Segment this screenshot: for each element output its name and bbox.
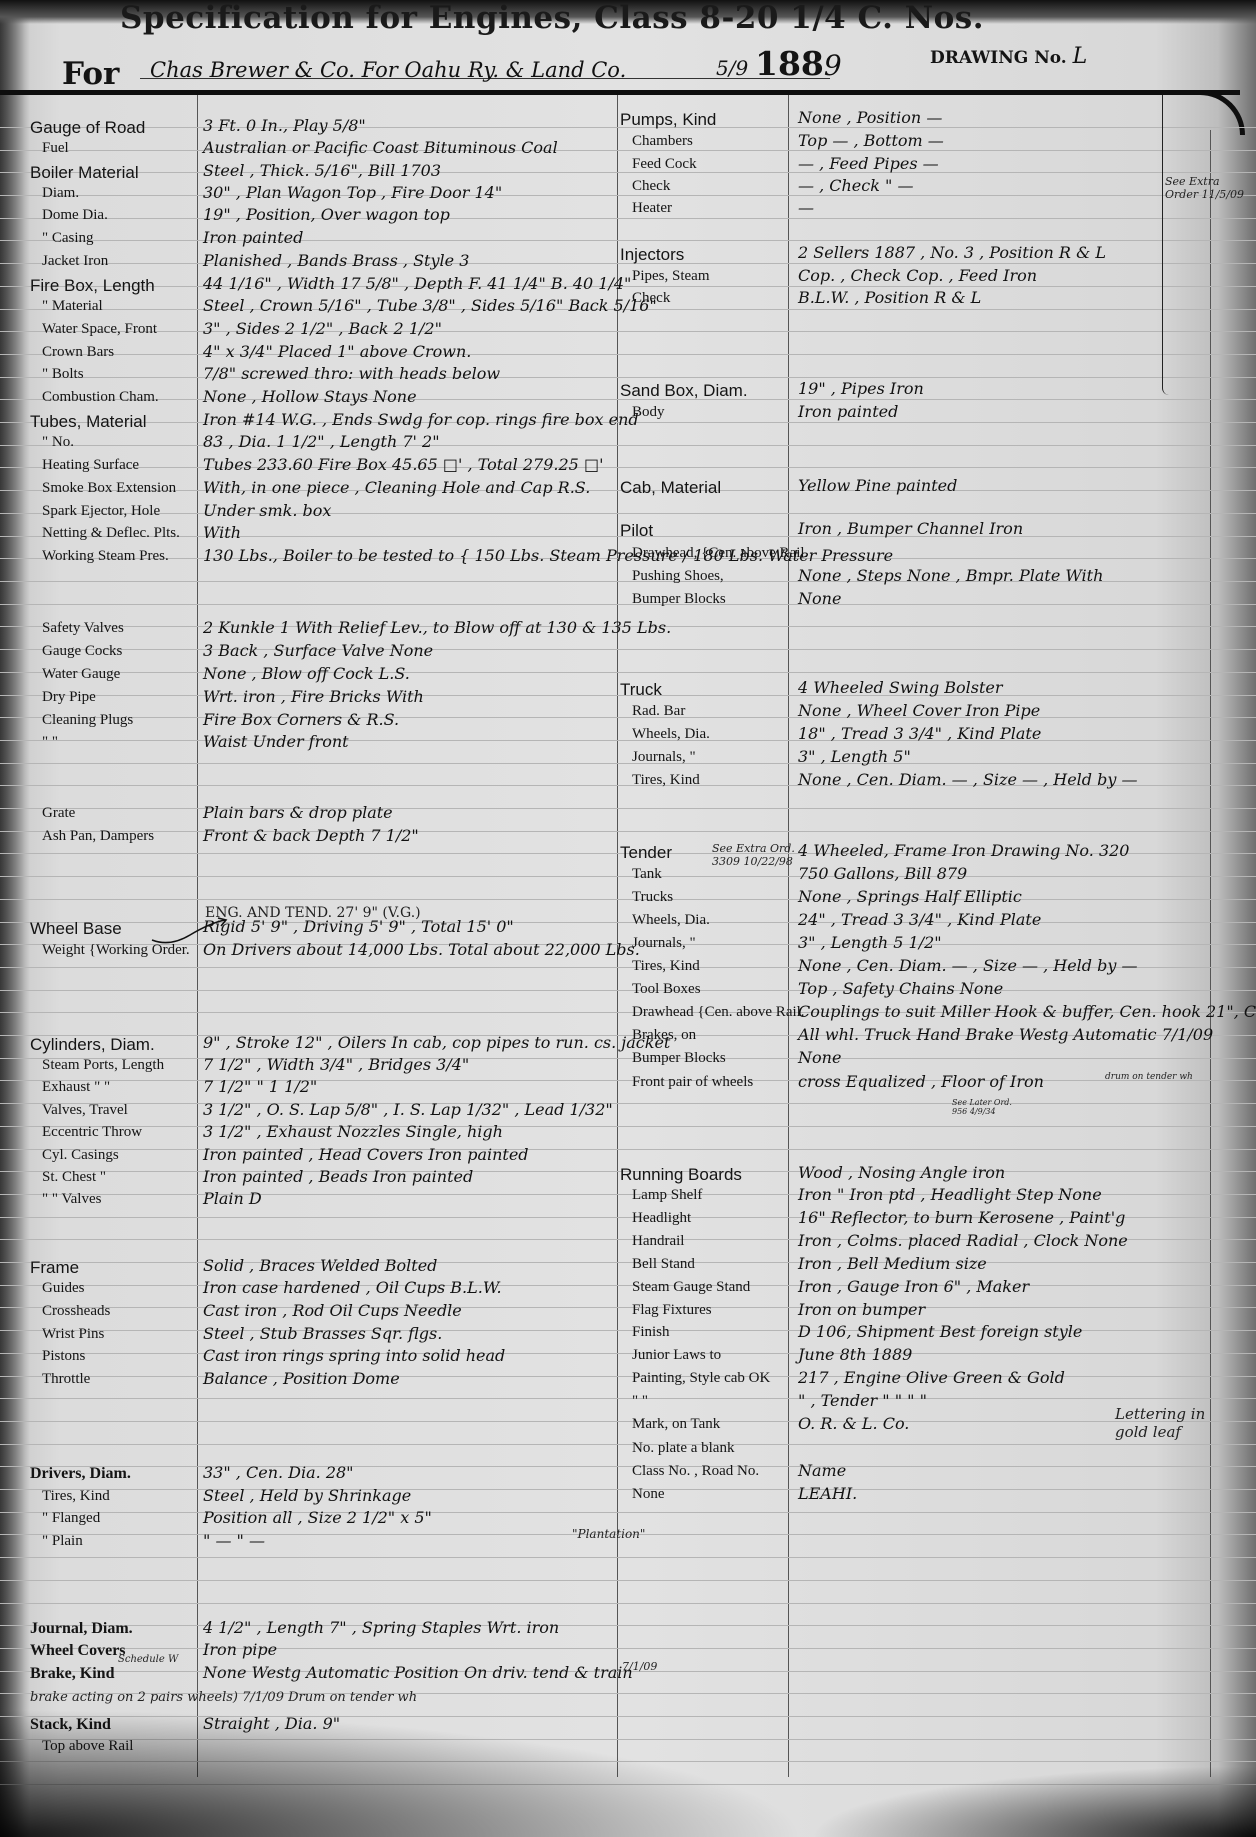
for-label: For xyxy=(62,56,119,92)
spec-label: Boiler Material xyxy=(30,163,139,183)
ruled-line xyxy=(0,1444,1256,1445)
spec-label-right: Sand Box, Diam. xyxy=(620,381,748,401)
ruled-line xyxy=(0,1149,1256,1150)
ruled-line xyxy=(0,1307,1256,1308)
spec-value: 3 Back , Surface Valve None xyxy=(203,641,433,660)
spec-label: Steam Ports, Length xyxy=(42,1057,164,1074)
spec-value: On Drivers about 14,000 Lbs. Total about… xyxy=(203,940,640,959)
spec-label-right: Drawhead {Cen. above Rail. xyxy=(632,1004,805,1021)
ruled-line xyxy=(0,513,1256,514)
spec-value: Australian or Pacific Coast Bituminous C… xyxy=(203,138,558,157)
spec-label: Safety Valves xyxy=(42,620,124,637)
drawing-number: DRAWING No. L xyxy=(930,44,1087,69)
spec-label: Smoke Box Extension xyxy=(42,480,176,497)
spec-value-right: Wood , Nosing Angle iron xyxy=(798,1163,1005,1182)
spec-label: Gauge Cocks xyxy=(42,643,122,660)
spec-label: " " xyxy=(42,734,58,751)
spec-label-right: Bumper Blocks xyxy=(632,1050,726,1067)
spec-value: 9" , Stroke 12" , Oilers In cab, cop pip… xyxy=(203,1033,670,1052)
spec-value-right: — , Check " — xyxy=(798,176,913,195)
spec-label: " " Valves xyxy=(42,1191,101,1208)
ruled-line xyxy=(0,672,1256,673)
spec-label-right: Check xyxy=(632,290,670,307)
ruled-line xyxy=(0,740,1256,741)
divider xyxy=(788,95,789,1777)
spec-label: Guides xyxy=(42,1280,85,1297)
spec-value-right: — , Feed Pipes — xyxy=(798,154,939,173)
year-printed: 188 xyxy=(755,44,824,83)
spec-label-right: Pipes, Steam xyxy=(632,268,710,285)
spec-value-right: D 106, Shipment Best foreign style xyxy=(798,1322,1082,1341)
spec-value: With, in one piece , Cleaning Hole and C… xyxy=(203,478,590,497)
spec-label: Dry Pipe xyxy=(42,689,96,706)
spec-label-right: Trucks xyxy=(632,889,673,906)
spec-label-right: Cab, Material xyxy=(620,478,721,498)
ruled-line xyxy=(0,808,1256,809)
lettering-note: Lettering in gold leaf xyxy=(1115,1405,1225,1441)
spec-value-right: 3" , Length 5 1/2" xyxy=(798,933,942,952)
spec-label-right: Wheels, Dia. xyxy=(632,912,710,929)
ruled-line xyxy=(0,1625,1256,1626)
spec-value-right: Iron , Bumper Channel Iron xyxy=(798,519,1023,538)
spec-label-right: Journals, " xyxy=(632,935,696,952)
spec-label: Throttle xyxy=(42,1371,90,1388)
spec-value-right: None xyxy=(798,589,841,608)
ruled-line xyxy=(0,1512,1256,1513)
spec-value: 3 1/2" , O. S. Lap 5/8" , I. S. Lap 1/32… xyxy=(203,1100,613,1119)
spec-label-right: Injectors xyxy=(620,245,684,265)
spec-value-right: None , Wheel Cover Iron Pipe xyxy=(798,701,1040,720)
spec-label-right: Check xyxy=(632,178,670,195)
wheelbase-note: ENG. AND TEND. 27' 9" (V.G.) xyxy=(205,905,421,921)
specification-sheet: Specification for Engines, Class 8-20 1/… xyxy=(0,0,1256,1837)
ruled-line xyxy=(0,604,1256,605)
drawing-value: L xyxy=(1073,44,1088,69)
spec-value: Wrt. iron , Fire Bricks With xyxy=(203,687,424,706)
ruled-line xyxy=(0,354,1256,355)
divider xyxy=(617,95,618,1777)
spec-label-right: Tool Boxes xyxy=(632,981,701,998)
spec-label-right: Journals, " xyxy=(632,749,696,766)
bottom-vignette xyxy=(0,1637,1256,1837)
spec-value-right: Iron , Gauge Iron 6" , Maker xyxy=(798,1277,1029,1296)
spec-value-right: Top , Safety Chains None xyxy=(798,979,1003,998)
spec-value: 7 1/2" , Width 3/4" , Bridges 3/4" xyxy=(203,1055,469,1074)
ruled-line xyxy=(0,1058,1256,1059)
order-date: 5/9 xyxy=(716,56,748,80)
spec-label: Eccentric Throw xyxy=(42,1124,142,1141)
spec-label-right: Rad. Bar xyxy=(632,703,685,720)
spec-value: 7 1/2" " 1 1/2" xyxy=(203,1077,317,1096)
ruled-line xyxy=(0,1080,1256,1081)
ruled-line xyxy=(0,218,1256,219)
spec-label: Working Steam Pres. xyxy=(42,548,169,565)
spec-value: " — " — xyxy=(203,1531,265,1550)
spec-label: Grate xyxy=(42,805,75,822)
spec-value: 7/8" screwed thro: with heads below xyxy=(203,364,500,383)
spec-value: 33" , Cen. Dia. 28" xyxy=(203,1463,354,1482)
ruled-line xyxy=(0,1580,1256,1581)
spec-value-right: O. R. & L. Co. xyxy=(798,1414,909,1433)
spec-value: None , Hollow Stays None xyxy=(203,387,417,406)
spec-value: Iron painted , Beads Iron painted xyxy=(203,1167,473,1186)
spec-label: Exhaust " " xyxy=(42,1079,110,1096)
spec-value: 44 1/16" , Width 17 5/8" , Depth F. 41 1… xyxy=(203,274,631,293)
spec-label-right: Tender xyxy=(620,843,672,863)
spec-label-right: Flag Fixtures xyxy=(632,1302,712,1319)
spec-value-right: Iron , Bell Medium size xyxy=(798,1254,987,1273)
ruled-line xyxy=(0,1489,1256,1490)
spec-label-right: Running Boards xyxy=(620,1165,742,1185)
spec-value: None , Blow off Cock L.S. xyxy=(203,664,410,683)
spec-label-right: Pushing Shoes, xyxy=(632,568,724,585)
spec-value-right: Iron painted xyxy=(798,402,898,421)
spec-label-right: Tank xyxy=(632,866,662,883)
spec-label-right: Brakes, on xyxy=(632,1027,696,1044)
spec-value-right: LEAHI. xyxy=(798,1484,857,1503)
spec-value: With xyxy=(203,523,241,542)
ruled-line xyxy=(0,876,1256,877)
spec-value-right: All whl. Truck Hand Brake Westg Automati… xyxy=(798,1025,1213,1044)
spec-value: Steel , Crown 5/16" , Tube 3/8" , Sides … xyxy=(203,296,657,315)
spec-label-right: Bell Stand xyxy=(632,1256,695,1273)
spec-label: Frame xyxy=(30,1258,79,1278)
ruled-line xyxy=(0,377,1256,378)
spec-label-right: Junior Laws to xyxy=(632,1347,721,1364)
ruled-line xyxy=(0,1353,1256,1354)
spec-label: Heating Surface xyxy=(42,457,139,474)
spec-value: Iron case hardened , Oil Cups B.L.W. xyxy=(203,1278,502,1297)
year: 1889 xyxy=(755,44,842,83)
ruled-line xyxy=(0,150,1256,151)
document-title: Specification for Engines, Class 8-20 1/… xyxy=(120,0,984,36)
spec-label: Journal, Diam. xyxy=(30,1620,133,1638)
spec-value-right: — xyxy=(798,198,814,217)
spec-value-right: 18" , Tread 3 3/4" , Kind Plate xyxy=(798,724,1041,743)
ruled-line xyxy=(0,1603,1256,1604)
ruled-line xyxy=(0,195,1256,196)
ruled-line xyxy=(0,240,1256,241)
spec-value: Iron painted , Head Covers Iron painted xyxy=(203,1145,529,1164)
spec-value: 3 Ft. 0 In., Play 5/8" xyxy=(203,116,366,135)
spec-label: Diam. xyxy=(42,185,79,202)
spec-value-right: Cop. , Check Cop. , Feed Iron xyxy=(798,266,1037,285)
ruled-line xyxy=(0,172,1256,173)
spec-value: Planished , Bands Brass , Style 3 xyxy=(203,251,469,270)
ruled-line xyxy=(0,1466,1256,1467)
spec-label: Jacket Iron xyxy=(42,253,108,270)
ruled-line xyxy=(0,990,1256,991)
spec-value: 3" , Sides 2 1/2" , Back 2 1/2" xyxy=(203,319,442,338)
spec-value: 19" , Position, Over wagon top xyxy=(203,205,450,224)
spec-value-right: 4 Wheeled Swing Bolster xyxy=(798,678,1003,697)
spec-value-right: None , Cen. Diam. — , Size — , Held by — xyxy=(798,770,1138,789)
ruled-line xyxy=(0,1376,1256,1377)
spec-value: 83 , Dia. 1 1/2" , Length 7' 2" xyxy=(203,432,440,451)
spec-value: Steel , Thick. 5/16", Bill 1703 xyxy=(203,161,441,180)
spec-value-right: Top — , Bottom — xyxy=(798,131,944,150)
spec-label: Combustion Cham. xyxy=(42,389,159,406)
spec-value-right: 217 , Engine Olive Green & Gold xyxy=(798,1368,1065,1387)
ruled-line xyxy=(0,831,1256,832)
page-shadow xyxy=(0,0,30,1837)
spec-value: Steel , Stub Brasses Sqr. flgs. xyxy=(203,1324,442,1343)
spec-label-right: Heater xyxy=(632,200,672,217)
spec-value-right: " , Tender " " " " xyxy=(798,1391,927,1410)
spec-label-right: Body xyxy=(632,404,665,421)
spec-value-right: None , Steps None , Bmpr. Plate With xyxy=(798,566,1103,585)
spec-value: Waist Under front xyxy=(203,732,349,751)
spec-value-right: 4 Wheeled, Frame Iron Drawing No. 320 xyxy=(798,841,1129,860)
spec-label: " Plain xyxy=(42,1533,83,1550)
spec-label-right: No. plate a blank xyxy=(632,1440,734,1457)
spec-label: Pistons xyxy=(42,1348,85,1365)
ruled-line xyxy=(0,717,1256,718)
spec-value: Cast iron , Rod Oil Cups Needle xyxy=(203,1301,462,1320)
spec-value-right: 2 Sellers 1887 , No. 3 , Position R & L xyxy=(798,243,1106,262)
spec-label-right: " " xyxy=(632,1393,648,1410)
brakes-drum-note: drum on tender wh xyxy=(1105,1072,1193,1082)
spec-value: 3 1/2" , Exhaust Nozzles Single, high xyxy=(203,1122,503,1141)
spec-value: 4" x 3/4" Placed 1" above Crown. xyxy=(203,342,471,361)
spec-value-right: Yellow Pine painted xyxy=(798,476,957,495)
spec-label-right: Bumper Blocks xyxy=(632,591,726,608)
spec-label: " Bolts xyxy=(42,366,84,383)
spec-value: Plain D xyxy=(203,1189,262,1208)
spec-label: Tubes, Material xyxy=(30,412,147,432)
ruled-line xyxy=(0,899,1256,900)
brace xyxy=(1162,95,1169,395)
spec-value: Plain bars & drop plate xyxy=(203,803,393,822)
spec-label: Water Space, Front xyxy=(42,321,157,338)
spec-label-right: Headlight xyxy=(632,1210,691,1227)
plantation-note: "Plantation" xyxy=(572,1527,645,1541)
equalized-order-note: See Later Ord. 956 4/9/34 xyxy=(952,1098,1012,1116)
spec-label: Netting & Deflec. Plts. xyxy=(42,525,180,542)
spec-label-right: Class No. , Road No. xyxy=(632,1463,759,1480)
see-extra-order-note: See Extra Order 11/5/09 xyxy=(1165,175,1245,201)
spec-value-right: B.L.W. , Position R & L xyxy=(798,288,981,307)
spec-label: Dome Dia. xyxy=(42,207,108,224)
spec-value-right: 19" , Pipes Iron xyxy=(798,379,924,398)
spec-label: Drivers, Diam. xyxy=(30,1465,131,1483)
spec-label: Fuel xyxy=(42,140,69,157)
spec-label: Water Gauge xyxy=(42,666,120,683)
spec-value-right: Iron on bumper xyxy=(798,1300,925,1319)
spec-value: Under smk. box xyxy=(203,501,331,520)
spec-value: Balance , Position Dome xyxy=(203,1369,400,1388)
spec-value-right: 3" , Length 5" xyxy=(798,747,911,766)
spec-value: 2 Kunkle 1 With Relief Lev., to Blow off… xyxy=(203,618,671,637)
ruled-line xyxy=(0,1285,1256,1286)
ruled-line xyxy=(0,1557,1256,1558)
spec-label-right: Truck xyxy=(620,680,662,700)
spec-label: Cyl. Casings xyxy=(42,1147,119,1164)
spec-value: Iron #14 W.G. , Ends Swdg for cop. rings… xyxy=(203,410,639,429)
spec-value: Solid , Braces Welded Bolted xyxy=(203,1256,437,1275)
spec-label-right: Handrail xyxy=(632,1233,684,1250)
spec-label: " No. xyxy=(42,434,74,451)
spec-label: Wrist Pins xyxy=(42,1326,104,1343)
spec-label-right: Finish xyxy=(632,1324,670,1341)
spec-label-right: Steam Gauge Stand xyxy=(632,1279,750,1296)
spec-label-right: Tires, Kind xyxy=(632,772,700,789)
spec-label: Gauge of Road xyxy=(30,118,145,138)
spec-value: Cast iron rings spring into solid head xyxy=(203,1346,505,1365)
spec-label: " Casing xyxy=(42,230,94,247)
spec-label-right: None xyxy=(632,1486,665,1503)
ruled-line xyxy=(0,1103,1256,1104)
spec-value-right: cross Equalized , Floor of Iron xyxy=(798,1072,1044,1091)
spec-label-right: Pilot xyxy=(620,521,653,541)
spec-label: " Material xyxy=(42,298,103,315)
spec-label-right: Chambers xyxy=(632,133,693,150)
spec-label: " Flanged xyxy=(42,1510,100,1527)
spec-value: Front & back Depth 7 1/2" xyxy=(203,826,419,845)
year-handwritten: 9 xyxy=(824,49,842,82)
spec-label: Ash Pan, Dampers xyxy=(42,828,154,845)
spec-label: Tires, Kind xyxy=(42,1488,110,1505)
spec-value-right: None , Cen. Diam. — , Size — , Held by — xyxy=(798,956,1138,975)
spec-label: Crossheads xyxy=(42,1303,110,1320)
spec-label-right: Tires, Kind xyxy=(632,958,700,975)
spec-value-right: Name xyxy=(798,1461,846,1480)
spec-value: Steel , Held by Shrinkage xyxy=(203,1486,411,1505)
spec-value: Iron painted xyxy=(203,228,303,247)
ruled-line xyxy=(0,1421,1256,1422)
spec-label-right: Painting, Style cab OK xyxy=(632,1370,770,1387)
spec-value: 4 1/2" , Length 7" , Spring Staples Wrt.… xyxy=(203,1618,559,1637)
spec-label: Fire Box, Length xyxy=(30,276,155,296)
spec-label-right: Front pair of wheels xyxy=(632,1074,753,1091)
customer-name: Chas Brewer & Co. For Oahu Ry. & Land Co… xyxy=(150,58,626,82)
spec-label-right: Feed Cock xyxy=(632,156,697,173)
ruled-line xyxy=(0,445,1256,446)
spec-value-right: None , Springs Half Elliptic xyxy=(798,887,1022,906)
spec-value: Fire Box Corners & R.S. xyxy=(203,710,399,729)
spec-value-right: Iron " Iron ptd , Headlight Step None xyxy=(798,1185,1102,1204)
spec-value-right: None , Position — xyxy=(798,108,942,127)
ruled-line xyxy=(0,1126,1256,1127)
tender-order-note: See Extra Ord. 3309 10/22/98 xyxy=(712,842,802,868)
drawing-label: DRAWING No. xyxy=(930,48,1067,68)
spec-label-right: Mark, on Tank xyxy=(632,1416,720,1433)
spec-label: Valves, Travel xyxy=(42,1102,128,1119)
spec-label-right: Pumps, Kind xyxy=(620,110,716,130)
spec-value: 30" , Plan Wagon Top , Fire Door 14" xyxy=(203,183,502,202)
spec-value-right: Couplings to suit Miller Hook & buffer, … xyxy=(798,1002,1256,1021)
spec-label: Crown Bars xyxy=(42,344,114,361)
ruled-line xyxy=(0,763,1256,764)
spec-value-right: 16" Reflector, to burn Kerosene , Paint'… xyxy=(798,1208,1125,1227)
spec-label-right: Wheels, Dia. xyxy=(632,726,710,743)
ruled-line xyxy=(0,1398,1256,1399)
spec-label: Cylinders, Diam. xyxy=(30,1035,155,1055)
ruled-line xyxy=(0,467,1256,468)
spec-value-right: 750 Gallons, Bill 879 xyxy=(798,864,967,883)
spec-label: St. Chest " xyxy=(42,1169,106,1186)
spec-label: Cleaning Plugs xyxy=(42,712,133,729)
spec-label: Wheel Base xyxy=(30,919,122,939)
ruled-line xyxy=(0,649,1256,650)
spec-value-right: June 8th 1889 xyxy=(798,1345,912,1364)
spec-value-right: None xyxy=(798,1048,841,1067)
ruled-line xyxy=(0,1262,1256,1263)
spec-label-right: Drawhead, {Cen. above Rail. xyxy=(632,545,808,562)
spec-value-right: Iron , Colms. placed Radial , Clock None xyxy=(798,1231,1128,1250)
spec-label: Spark Ejector, Hole xyxy=(42,503,160,520)
spec-value: Position all , Size 2 1/2" x 5" xyxy=(203,1508,432,1527)
spec-label-right: Lamp Shelf xyxy=(632,1187,702,1204)
ruled-line xyxy=(0,331,1256,332)
spec-value: Tubes 233.60 Fire Box 45.65 □' , Total 2… xyxy=(203,455,603,474)
spec-value-right: 24" , Tread 3 3/4" , Kind Plate xyxy=(798,910,1041,929)
